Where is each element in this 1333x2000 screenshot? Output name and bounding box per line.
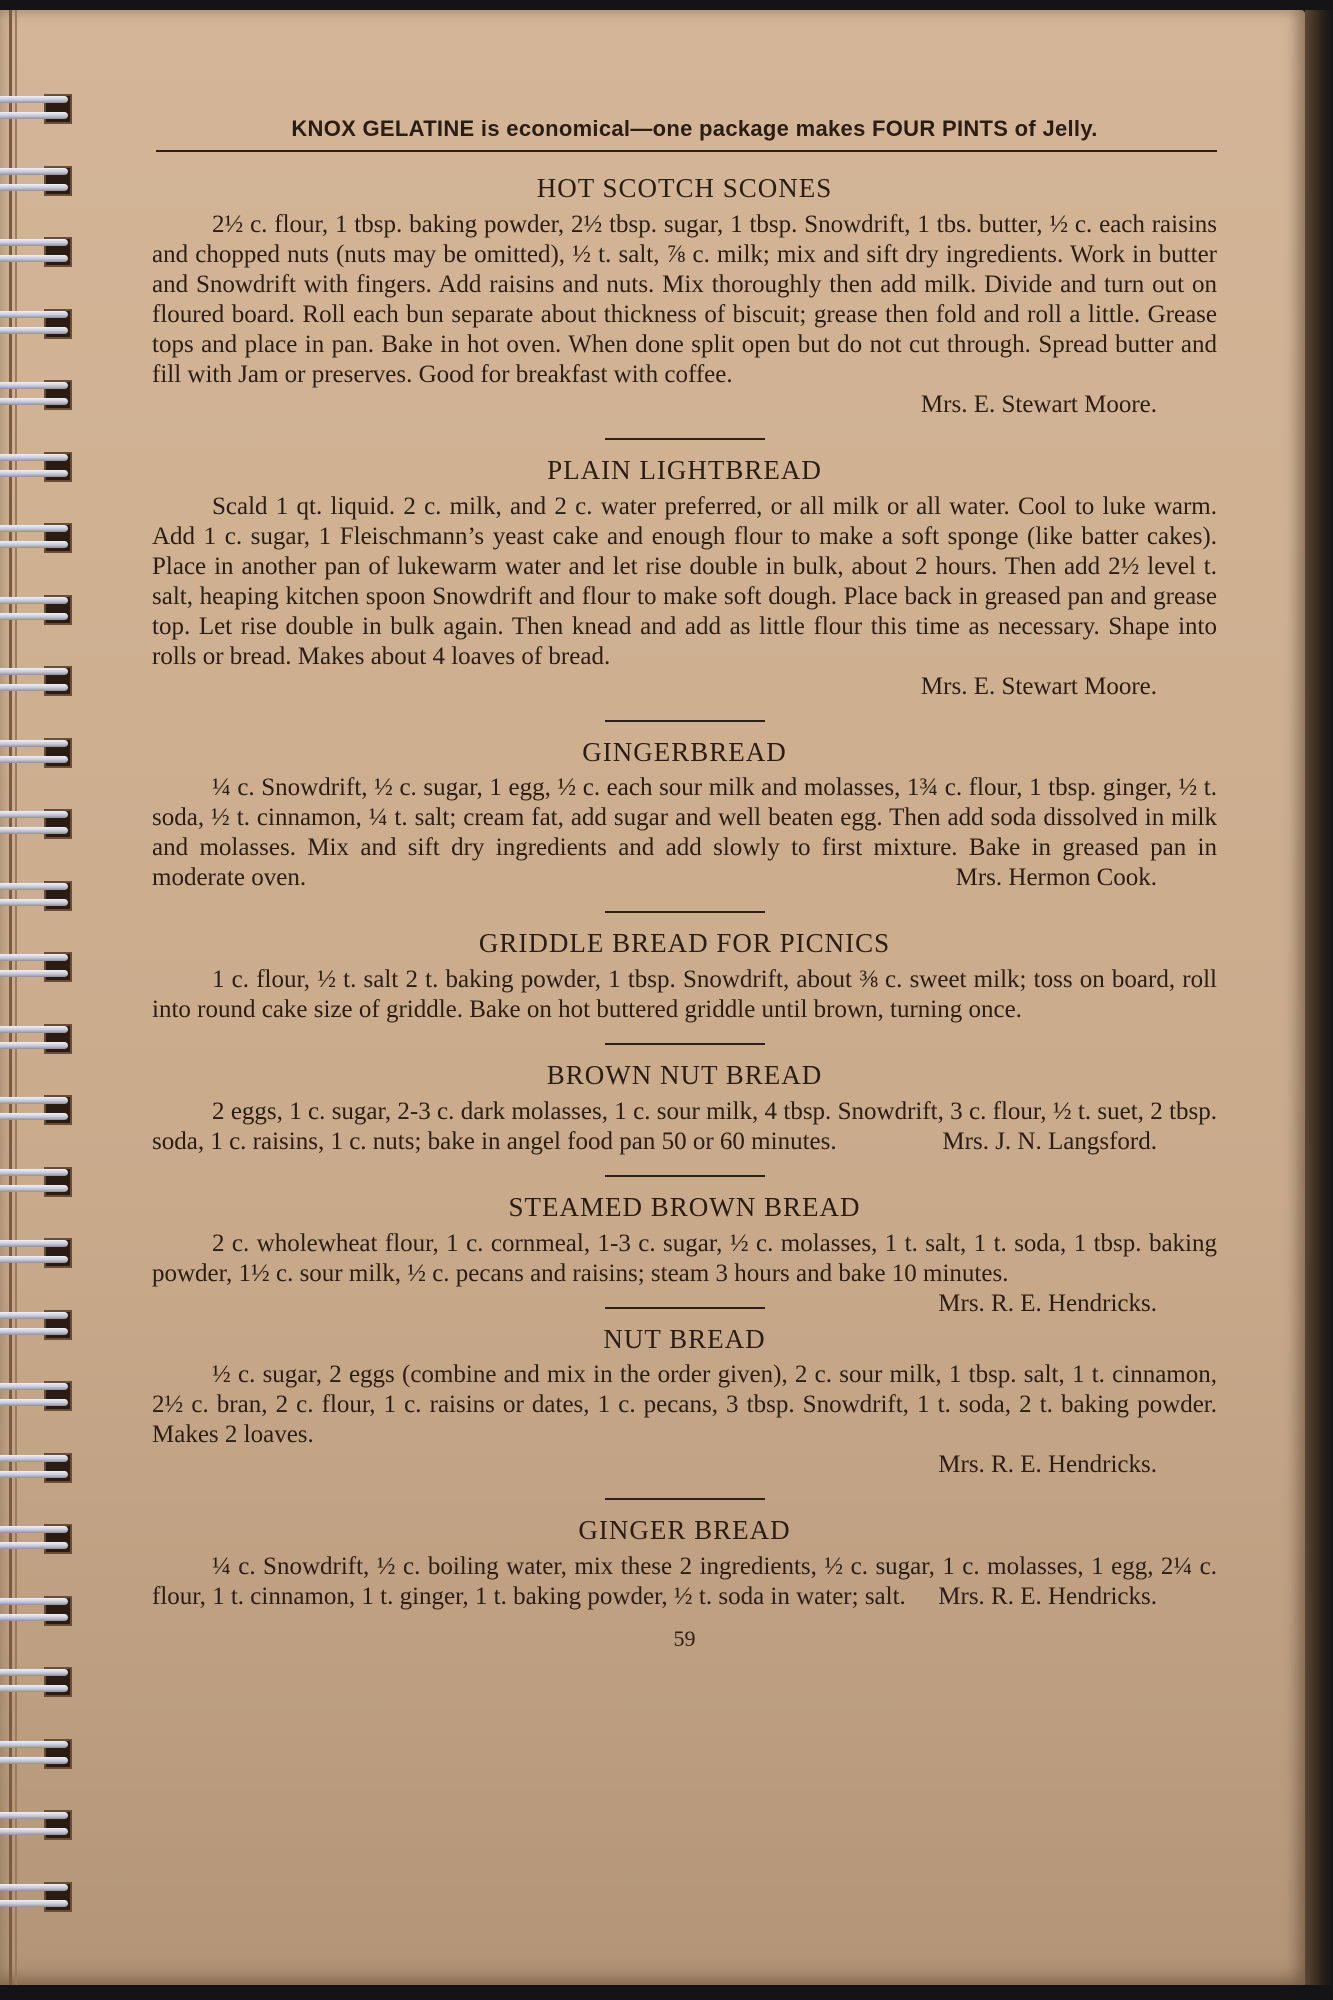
wire-coil	[0, 184, 68, 191]
recipe-title: BROWN NUT BREAD	[152, 1059, 1217, 1093]
wire-coil	[0, 597, 68, 604]
wire-coil	[0, 613, 68, 620]
recipe-body: 2 eggs, 1 c. sugar, 2-3 c. dark molasses…	[152, 1097, 1217, 1157]
wire-coil	[0, 168, 68, 175]
recipe-body: Scald 1 qt. liquid. 2 c. milk, and 2 c. …	[152, 492, 1217, 672]
recipe-author: Mrs. Hermon Cook.	[956, 863, 1217, 893]
wire-coil	[0, 454, 68, 461]
binding-ring	[0, 664, 75, 698]
recipe-author: Mrs. J. N. Langsford.	[942, 1127, 1217, 1157]
wire-coil	[0, 1542, 68, 1549]
recipe-body: 1 c. flour, ½ t. salt 2 t. baking powder…	[152, 965, 1217, 1025]
binding-ring	[0, 307, 75, 341]
recipe-title: PLAIN LIGHTBREAD	[152, 454, 1217, 488]
wire-coil	[0, 1598, 68, 1605]
page-number: 59	[152, 1626, 1217, 1652]
wire-coil	[0, 382, 68, 389]
wire-coil	[0, 1169, 68, 1176]
binding-ring	[0, 521, 75, 555]
recipe-author: Mrs. R. E. Hendricks.	[938, 1289, 1217, 1319]
binding-ring	[0, 879, 75, 913]
page-edge-shadow	[1305, 10, 1333, 1985]
binding-ring	[0, 1522, 75, 1556]
recipe-body-text: 2 c. wholewheat flour, 1 c. cornmeal, 1-…	[152, 1230, 1217, 1287]
recipe-plain-lightbread: PLAIN LIGHTBREAD Scald 1 qt. liquid. 2 c…	[152, 454, 1217, 702]
recipe-body: 2½ c. flour, 1 tbsp. baking powder, 2½ t…	[152, 210, 1217, 390]
wire-coil	[0, 239, 68, 246]
recipe-hot-scotch-scones: HOT SCOTCH SCONES 2½ c. flour, 1 tbsp. b…	[152, 172, 1217, 420]
header-rule	[156, 150, 1217, 152]
recipe-brown-nut-bread: BROWN NUT BREAD 2 eggs, 1 c. sugar, 2-3 …	[152, 1059, 1217, 1157]
wire-coil	[0, 1097, 68, 1104]
wire-coil	[0, 255, 68, 262]
recipe-title: HOT SCOTCH SCONES	[152, 172, 1217, 206]
wire-coil	[0, 1113, 68, 1120]
recipe-divider	[605, 1307, 765, 1309]
binding-ring	[0, 1093, 75, 1127]
binding-ring	[0, 807, 75, 841]
recipe-title: NUT BREAD	[152, 1323, 1217, 1357]
recipe-author: Mrs. E. Stewart Moore.	[152, 390, 1217, 420]
wire-coil	[0, 1383, 68, 1390]
wire-coil	[0, 1828, 68, 1835]
recipe-divider	[605, 911, 765, 913]
binding-ring	[0, 1665, 75, 1699]
wire-coil	[0, 1256, 68, 1263]
wire-coil	[0, 899, 68, 906]
binding-ring	[0, 736, 75, 770]
binding-ring	[0, 164, 75, 198]
wire-coil	[0, 684, 68, 691]
wire-coil	[0, 1685, 68, 1692]
wire-coil	[0, 883, 68, 890]
binding-ring	[0, 1022, 75, 1056]
wire-coil	[0, 811, 68, 818]
wire-coil	[0, 1399, 68, 1406]
wire-coil	[0, 1614, 68, 1621]
wire-coil	[0, 525, 68, 532]
binding-ring	[0, 92, 75, 126]
binding-ring	[0, 1808, 75, 1842]
wire-coil	[0, 756, 68, 763]
wire-coil	[0, 1741, 68, 1748]
binding-ring	[0, 593, 75, 627]
recipe-body: ¼ c. Snowdrift, ½ c. boiling water, mix …	[152, 1552, 1217, 1612]
wire-coil	[0, 1042, 68, 1049]
recipe-body: ¼ c. Snowdrift, ½ c. sugar, 1 egg, ½ c. …	[152, 773, 1217, 893]
recipe-divider	[605, 438, 765, 440]
wire-coil	[0, 398, 68, 405]
recipe-gingerbread: GINGERBREAD ¼ c. Snowdrift, ½ c. sugar, …	[152, 736, 1217, 894]
page-content: KNOX GELATINE is economical—one package …	[152, 112, 1217, 1652]
wire-coil	[0, 1455, 68, 1462]
binding-ring	[0, 378, 75, 412]
wire-coil	[0, 668, 68, 675]
recipe-body: 2 c. wholewheat flour, 1 c. cornmeal, 1-…	[152, 1229, 1217, 1289]
wire-coil	[0, 970, 68, 977]
recipe-author: Mrs. E. Stewart Moore.	[152, 672, 1217, 702]
wire-coil	[0, 1669, 68, 1676]
recipe-nut-bread: NUT BREAD ½ c. sugar, 2 eggs (combine an…	[152, 1323, 1217, 1481]
recipe-body: ½ c. sugar, 2 eggs (combine and mix in t…	[152, 1360, 1217, 1450]
header-advert: KNOX GELATINE is economical—one package …	[152, 116, 1217, 142]
binding-ring	[0, 1379, 75, 1413]
wire-coil	[0, 1526, 68, 1533]
binding-ring	[0, 1594, 75, 1628]
wire-coil	[0, 112, 68, 119]
binding-ring	[0, 950, 75, 984]
wire-coil	[0, 1312, 68, 1319]
recipe-divider	[605, 1043, 765, 1045]
wire-coil	[0, 954, 68, 961]
wire-coil	[0, 1185, 68, 1192]
recipe-title: GINGER BREAD	[152, 1514, 1217, 1548]
recipe-steamed-brown-bread: STEAMED BROWN BREAD 2 c. wholewheat flou…	[152, 1191, 1217, 1289]
recipe-title: STEAMED BROWN BREAD	[152, 1191, 1217, 1225]
wire-coil	[0, 1884, 68, 1891]
recipe-divider	[605, 1498, 765, 1500]
wire-coil	[0, 327, 68, 334]
wire-coil	[0, 1471, 68, 1478]
binding-ring	[0, 1308, 75, 1342]
recipe-title: GINGERBREAD	[152, 736, 1217, 770]
wire-coil	[0, 311, 68, 318]
binding-ring	[0, 1165, 75, 1199]
wire-coil	[0, 1240, 68, 1247]
recipe-ginger-bread: GINGER BREAD ¼ c. Snowdrift, ½ c. boilin…	[152, 1514, 1217, 1612]
wire-coil	[0, 96, 68, 103]
binding-ring	[0, 1451, 75, 1485]
binding-ring	[0, 1737, 75, 1771]
recipe-divider	[605, 1175, 765, 1177]
wire-coil	[0, 1757, 68, 1764]
binding-ring	[0, 1880, 75, 1914]
wire-coil	[0, 1026, 68, 1033]
recipe-author: Mrs. R. E. Hendricks.	[938, 1582, 1217, 1612]
wire-coil	[0, 1900, 68, 1907]
wire-coil	[0, 740, 68, 747]
wire-coil	[0, 541, 68, 548]
binding-ring	[0, 450, 75, 484]
recipe-griddle-bread: GRIDDLE BREAD FOR PICNICS 1 c. flour, ½ …	[152, 927, 1217, 1025]
recipe-title: GRIDDLE BREAD FOR PICNICS	[152, 927, 1217, 961]
wire-coil	[0, 470, 68, 477]
wire-coil	[0, 1812, 68, 1819]
wire-coil	[0, 1328, 68, 1335]
recipe-author: Mrs. R. E. Hendricks.	[152, 1450, 1217, 1480]
wire-coil	[0, 827, 68, 834]
binding-ring	[0, 235, 75, 269]
recipe-divider	[605, 720, 765, 722]
binding-ring	[0, 1236, 75, 1270]
